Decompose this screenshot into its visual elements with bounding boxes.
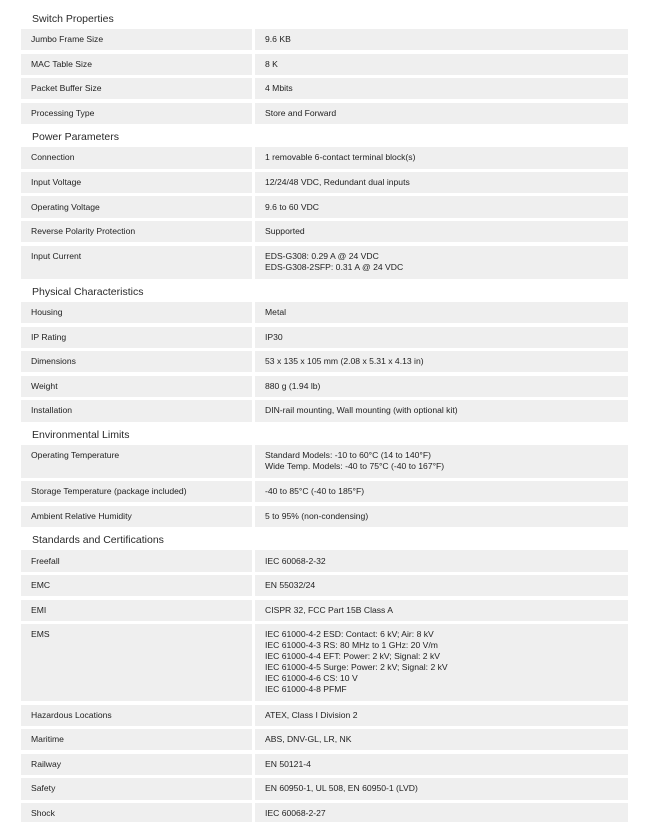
spec-value-line: IEC 61000-4-5 Surge: Power: 2 kV; Signal… xyxy=(265,662,618,673)
spec-value-line: ATEX, Class I Division 2 xyxy=(265,710,618,721)
spec-row: Packet Buffer Size4 Mbits xyxy=(21,78,628,99)
spec-label: EMS xyxy=(21,624,252,701)
spec-label-text: Operating Voltage xyxy=(31,202,242,213)
spec-value: 12/24/48 VDC, Redundant dual inputs xyxy=(255,172,628,193)
spec-row: EMSIEC 61000-4-2 ESD: Contact: 6 kV; Air… xyxy=(21,624,628,701)
spec-label: Installation xyxy=(21,400,252,421)
spec-row: EMCEN 55032/24 xyxy=(21,575,628,596)
spec-value: ABS, DNV-GL, LR, NK xyxy=(255,729,628,750)
spec-value-line: DIN-rail mounting, Wall mounting (with o… xyxy=(265,405,618,416)
spec-label-text: Connection xyxy=(31,152,242,163)
spec-value-line: 8 K xyxy=(265,59,618,70)
spec-value-line: IEC 61000-4-3 RS: 80 MHz to 1 GHz: 20 V/… xyxy=(265,640,618,651)
spec-value-line: 12/24/48 VDC, Redundant dual inputs xyxy=(265,177,618,188)
spec-row: Input CurrentEDS-G308: 0.29 A @ 24 VDCED… xyxy=(21,246,628,279)
spec-row: Storage Temperature (package included)-4… xyxy=(21,481,628,502)
spec-label-text: Input Voltage xyxy=(31,177,242,188)
spec-row: Input Voltage12/24/48 VDC, Redundant dua… xyxy=(21,172,628,193)
spec-label: EMI xyxy=(21,600,252,621)
spec-row: ShockIEC 60068-2-27 xyxy=(21,803,628,822)
section-title: Environmental Limits xyxy=(21,425,628,445)
spec-value: Store and Forward xyxy=(255,103,628,124)
spec-value: EN 50121-4 xyxy=(255,754,628,775)
spec-value: -40 to 85°C (-40 to 185°F) xyxy=(255,481,628,502)
spec-label: Housing xyxy=(21,302,252,323)
spec-value: EN 55032/24 xyxy=(255,575,628,596)
spec-value: DIN-rail mounting, Wall mounting (with o… xyxy=(255,400,628,421)
spec-label-text: Operating Temperature xyxy=(31,450,242,461)
spec-value-line: IEC 61000-4-6 CS: 10 V xyxy=(265,673,618,684)
section-title: Power Parameters xyxy=(21,127,628,147)
spec-label: Processing Type xyxy=(21,103,252,124)
spec-value: IEC 61000-4-2 ESD: Contact: 6 kV; Air: 8… xyxy=(255,624,628,701)
spec-label: Maritime xyxy=(21,729,252,750)
spec-label: Dimensions xyxy=(21,351,252,372)
spec-label: Hazardous Locations xyxy=(21,705,252,726)
spec-label: Input Voltage xyxy=(21,172,252,193)
spec-value: Standard Models: -10 to 60°C (14 to 140°… xyxy=(255,445,628,478)
spec-row: EMICISPR 32, FCC Part 15B Class A xyxy=(21,600,628,621)
spec-value: 5 to 95% (non-condensing) xyxy=(255,506,628,527)
spec-label: Safety xyxy=(21,778,252,799)
spec-sheet: Switch PropertiesJumbo Frame Size9.6 KBM… xyxy=(0,0,649,822)
section-title: Switch Properties xyxy=(21,9,628,29)
spec-row: Hazardous LocationsATEX, Class I Divisio… xyxy=(21,705,628,726)
spec-value-line: 9.6 to 60 VDC xyxy=(265,202,618,213)
spec-value-line: EN 55032/24 xyxy=(265,580,618,591)
spec-value: 8 K xyxy=(255,54,628,75)
spec-row: InstallationDIN-rail mounting, Wall moun… xyxy=(21,400,628,421)
spec-value-line: IP30 xyxy=(265,332,618,343)
section-title: Standards and Certifications xyxy=(21,530,628,550)
spec-label-text: Housing xyxy=(31,307,242,318)
spec-label-text: Input Current xyxy=(31,251,242,262)
spec-label: Ambient Relative Humidity xyxy=(21,506,252,527)
spec-value-line: 53 x 135 x 105 mm (2.08 x 5.31 x 4.13 in… xyxy=(265,356,618,367)
spec-value: 9.6 to 60 VDC xyxy=(255,196,628,217)
spec-label-text: Shock xyxy=(31,808,242,819)
spec-label: Weight xyxy=(21,376,252,397)
spec-value: 880 g (1.94 lb) xyxy=(255,376,628,397)
spec-label-text: Weight xyxy=(31,381,242,392)
spec-value-line: 4 Mbits xyxy=(265,83,618,94)
spec-section: Standards and CertificationsFreefallIEC … xyxy=(21,530,628,822)
spec-label: MAC Table Size xyxy=(21,54,252,75)
spec-section: Power ParametersConnection1 removable 6-… xyxy=(21,127,628,278)
spec-value-line: EN 60950-1, UL 508, EN 60950-1 (LVD) xyxy=(265,783,618,794)
spec-value: ATEX, Class I Division 2 xyxy=(255,705,628,726)
spec-row: Weight880 g (1.94 lb) xyxy=(21,376,628,397)
spec-label-text: Dimensions xyxy=(31,356,242,367)
spec-value-line: EDS-G308: 0.29 A @ 24 VDC xyxy=(265,251,618,262)
spec-value-line: Standard Models: -10 to 60°C (14 to 140°… xyxy=(265,450,618,461)
spec-value: IEC 60068-2-32 xyxy=(255,550,628,571)
spec-value-line: IEC 61000-4-2 ESD: Contact: 6 kV; Air: 8… xyxy=(265,629,618,640)
spec-label: IP Rating xyxy=(21,327,252,348)
spec-label-text: Reverse Polarity Protection xyxy=(31,226,242,237)
spec-value: IP30 xyxy=(255,327,628,348)
spec-label-text: EMS xyxy=(31,629,242,640)
spec-section: Physical CharacteristicsHousingMetalIP R… xyxy=(21,282,628,422)
spec-section: Switch PropertiesJumbo Frame Size9.6 KBM… xyxy=(21,9,628,124)
spec-value: IEC 60068-2-27 xyxy=(255,803,628,822)
spec-label-text: IP Rating xyxy=(31,332,242,343)
spec-label-text: Storage Temperature (package included) xyxy=(31,486,242,497)
spec-label-text: Safety xyxy=(31,783,242,794)
spec-label-text: Packet Buffer Size xyxy=(31,83,242,94)
spec-row: MaritimeABS, DNV-GL, LR, NK xyxy=(21,729,628,750)
spec-value: 53 x 135 x 105 mm (2.08 x 5.31 x 4.13 in… xyxy=(255,351,628,372)
section-title: Physical Characteristics xyxy=(21,282,628,302)
spec-value: 1 removable 6-contact terminal block(s) xyxy=(255,147,628,168)
spec-label-text: Jumbo Frame Size xyxy=(31,34,242,45)
spec-row: Dimensions53 x 135 x 105 mm (2.08 x 5.31… xyxy=(21,351,628,372)
spec-row: Operating Voltage9.6 to 60 VDC xyxy=(21,196,628,217)
spec-value-line: 880 g (1.94 lb) xyxy=(265,381,618,392)
spec-label: Packet Buffer Size xyxy=(21,78,252,99)
spec-label: Storage Temperature (package included) xyxy=(21,481,252,502)
spec-label: Jumbo Frame Size xyxy=(21,29,252,50)
spec-label: Connection xyxy=(21,147,252,168)
spec-label: Freefall xyxy=(21,550,252,571)
spec-value-line: Store and Forward xyxy=(265,108,618,119)
spec-value: 9.6 KB xyxy=(255,29,628,50)
spec-value-line: EN 50121-4 xyxy=(265,759,618,770)
spec-value-line: 9.6 KB xyxy=(265,34,618,45)
spec-value-line: CISPR 32, FCC Part 15B Class A xyxy=(265,605,618,616)
spec-value-line: 1 removable 6-contact terminal block(s) xyxy=(265,152,618,163)
spec-row: Processing TypeStore and Forward xyxy=(21,103,628,124)
spec-row: Jumbo Frame Size9.6 KB xyxy=(21,29,628,50)
spec-label-text: Railway xyxy=(31,759,242,770)
spec-label-text: Freefall xyxy=(31,556,242,567)
spec-value-line: Metal xyxy=(265,307,618,318)
spec-value: Metal xyxy=(255,302,628,323)
spec-label: Reverse Polarity Protection xyxy=(21,221,252,242)
spec-label: Shock xyxy=(21,803,252,822)
spec-label: EMC xyxy=(21,575,252,596)
spec-label: Operating Temperature xyxy=(21,445,252,478)
spec-row: IP RatingIP30 xyxy=(21,327,628,348)
spec-label: Input Current xyxy=(21,246,252,279)
spec-label-text: Installation xyxy=(31,405,242,416)
spec-label: Railway xyxy=(21,754,252,775)
spec-row: MAC Table Size8 K xyxy=(21,54,628,75)
spec-section: Environmental LimitsOperating Temperatur… xyxy=(21,425,628,527)
spec-value: 4 Mbits xyxy=(255,78,628,99)
spec-value-line: IEC 61000-4-4 EFT: Power: 2 kV; Signal: … xyxy=(265,651,618,662)
spec-row: Connection1 removable 6-contact terminal… xyxy=(21,147,628,168)
spec-label-text: Ambient Relative Humidity xyxy=(31,511,242,522)
spec-row: Ambient Relative Humidity5 to 95% (non-c… xyxy=(21,506,628,527)
spec-label-text: Hazardous Locations xyxy=(31,710,242,721)
spec-row: RailwayEN 50121-4 xyxy=(21,754,628,775)
spec-value-line: -40 to 85°C (-40 to 185°F) xyxy=(265,486,618,497)
spec-value-line: IEC 60068-2-27 xyxy=(265,808,618,819)
spec-label-text: EMI xyxy=(31,605,242,616)
spec-label-text: EMC xyxy=(31,580,242,591)
spec-row: FreefallIEC 60068-2-32 xyxy=(21,550,628,571)
spec-value-line: IEC 61000-4-8 PFMF xyxy=(265,684,618,695)
spec-value-line: 5 to 95% (non-condensing) xyxy=(265,511,618,522)
spec-value: Supported xyxy=(255,221,628,242)
spec-row: Reverse Polarity ProtectionSupported xyxy=(21,221,628,242)
spec-label-text: Processing Type xyxy=(31,108,242,119)
spec-value-line: ABS, DNV-GL, LR, NK xyxy=(265,734,618,745)
spec-label-text: Maritime xyxy=(31,734,242,745)
spec-row: Operating TemperatureStandard Models: -1… xyxy=(21,445,628,478)
spec-value-line: Supported xyxy=(265,226,618,237)
spec-value-line: IEC 60068-2-32 xyxy=(265,556,618,567)
spec-value: CISPR 32, FCC Part 15B Class A xyxy=(255,600,628,621)
spec-row: HousingMetal xyxy=(21,302,628,323)
spec-value-line: Wide Temp. Models: -40 to 75°C (-40 to 1… xyxy=(265,461,618,472)
spec-label-text: MAC Table Size xyxy=(31,59,242,70)
spec-label: Operating Voltage xyxy=(21,196,252,217)
spec-row: SafetyEN 60950-1, UL 508, EN 60950-1 (LV… xyxy=(21,778,628,799)
spec-value-line: EDS-G308-2SFP: 0.31 A @ 24 VDC xyxy=(265,262,618,273)
spec-value: EN 60950-1, UL 508, EN 60950-1 (LVD) xyxy=(255,778,628,799)
spec-value: EDS-G308: 0.29 A @ 24 VDCEDS-G308-2SFP: … xyxy=(255,246,628,279)
